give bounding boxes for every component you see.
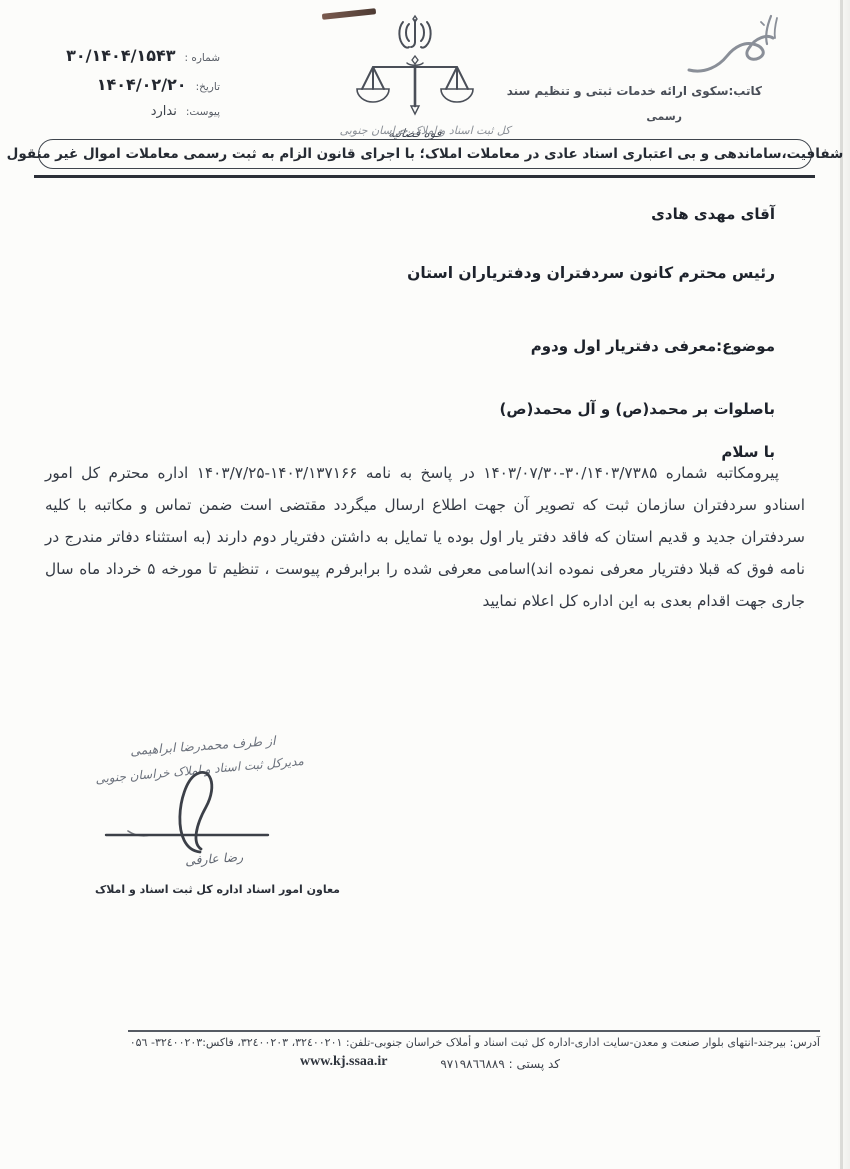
letter-body: پیرومکاتبه شماره ۳۰/۱۴۰۳/۷۳۸۵-۱۴۰۳/۰۷/۳۰… (45, 457, 805, 617)
letter-attachment-row: پیوست: ندارد (40, 104, 220, 119)
signer-title: معاون امور اسناد اداره کل ثبت اسناد و ام… (95, 883, 340, 896)
slogan-banner: شفافیت،ساماندهی و بی اعتباری اسناد عادی … (38, 139, 812, 169)
scanned-letter-page: شماره : ۳۰/۱۴۰۴/۱۵۴۳ تاریخ: ۱۴۰۴/۰۲/۲۰ پ… (0, 0, 850, 1169)
footer-postal-code: کد پستی : ۹۷۱۹۸٦٦۸۸۹ (440, 1057, 560, 1071)
scan-edge-line (840, 0, 843, 1169)
subject-line: موضوع:معرفی دفتریار اول ودوم (45, 337, 775, 355)
scales-of-justice-icon (355, 54, 475, 120)
recipient-name: آقای مهدی هادی (45, 205, 775, 223)
date-label: تاریخ: (196, 81, 220, 93)
letter-headings: آقای مهدی هادی رئیس محترم کانون سردفتران… (45, 205, 775, 461)
header-divider-rule (34, 175, 815, 178)
postal-value: ۹۷۱۹۸٦٦۸۸۹ (440, 1057, 504, 1071)
iran-emblem-icon (395, 10, 435, 54)
footer-address: آدرس: بیرجند-انتهای بلوار صنعت و معدن-سا… (30, 1036, 820, 1049)
recipient-title: رئیس محترم کانون سردفتران ودفتریاران است… (45, 264, 775, 282)
date-value: ۱۴۰۴/۰۲/۲۰ (97, 75, 187, 94)
attachment-label: پیوست: (186, 106, 220, 118)
rasmi-label: رسمی (646, 110, 682, 123)
postal-label: کد پستی : (509, 1057, 560, 1071)
footer-divider-rule (128, 1030, 820, 1032)
number-label: شماره : (184, 52, 220, 64)
letter-number-row: شماره : ۳۰/۱۴۰۴/۱۵۴۳ (40, 46, 220, 65)
letter-meta-block: شماره : ۳۰/۱۴۰۴/۱۵۴۳ تاریخ: ۱۴۰۴/۰۲/۲۰ پ… (40, 46, 220, 129)
attachment-value: ندارد (151, 104, 177, 119)
signature-icon (100, 755, 280, 860)
bismillah-calligraphy-icon (675, 8, 795, 80)
kateb-platform-line: کاتب:سکوی ارائه خدمات ثبتی و تنظیم سند (507, 84, 762, 98)
scan-edge-shadow (837, 0, 850, 1169)
number-value: ۳۰/۱۴۰۴/۱۵۴۳ (66, 46, 175, 65)
salawat-line: باصلوات بر محمد(ص) و آل محمد(ص) (45, 400, 775, 418)
letter-date-row: تاریخ: ۱۴۰۴/۰۲/۲۰ (40, 75, 220, 94)
signer-name-handwritten: رضا عارفی (185, 849, 244, 868)
footer-website: www.kj.ssaa.ir (300, 1054, 388, 1070)
organization-subtitle-clipped: کل ثبت اسناد و املاک خراسان جنوبی (330, 124, 520, 137)
